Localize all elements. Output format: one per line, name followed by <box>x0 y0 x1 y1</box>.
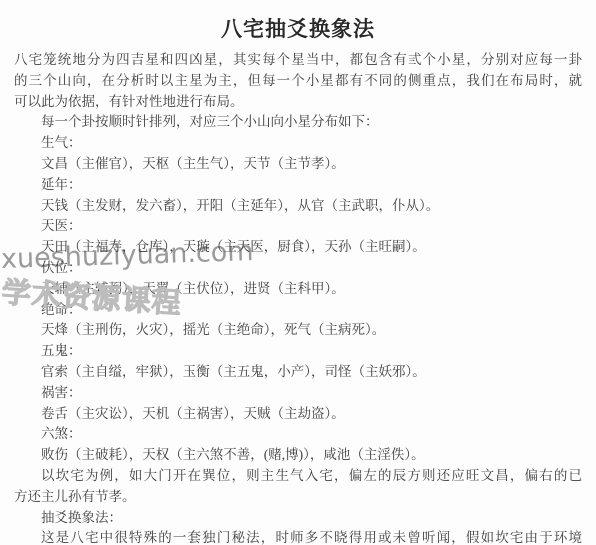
text-line: 官索（主自缢，牢狱），玉衡（主五鬼，小产），司怪（主妖邪）。 <box>14 362 582 383</box>
text-line: 这是八宅中很特殊的一套独门秘法，时师多不晓得用或未曾听闻，假如坎宅由于环境 <box>14 528 582 545</box>
text-line: 方还主儿孙有节孝。 <box>14 487 582 508</box>
text-line: 以坎宅为例，如大门开在巽位，则主生气入宅，偏左的辰方则还应旺文昌，偏右的已 <box>14 466 582 487</box>
page-title: 八宅抽爻换象法 <box>0 13 596 43</box>
text-line: 天医： <box>14 216 582 237</box>
text-line: 祸害： <box>14 383 582 404</box>
document-page: 八宅抽爻换象法 xueshuziyuan.com 八宅笼统地分为四吉星和四凶星，… <box>0 0 596 545</box>
text-line: 每一个卦按顺时针排列，对应三个小山向小星分布如下： <box>14 112 582 133</box>
text-line: 六煞： <box>14 424 582 445</box>
text-line: 八宅笼统地分为四吉星和四凶星，其实每个星当中，都包含有弎个小星，分别对应每一卦 <box>14 50 582 71</box>
text-line: 卷舌（主灾讼），天机（主祸害），天贼（主劫盗）。 <box>14 404 582 425</box>
text-line: 天钱（主发财，发六畜），开阳（主延年），从官（主武职，仆从）。 <box>14 196 582 217</box>
text-line: 生气： <box>14 133 582 154</box>
text-line: 五鬼： <box>14 341 582 362</box>
text-line: 延年： <box>14 175 582 196</box>
text-line: 败伤（主破耗），天权（主六煞不善，(赌,博)），咸池（主淫佚）。 <box>14 445 582 466</box>
text-line: 抽爻换象法： <box>14 508 582 529</box>
text-line: 天烽（主刑伤，火灾），摇光（主绝命），死气（主病死）。 <box>14 320 582 341</box>
text-line: 文昌（主催官），天枢（主生气），天节（主节孝）。 <box>14 154 582 175</box>
text-line: 的三个山向，在分析时以主星为主，但每一个小星都有不同的侧重点，我们在布局时，就 <box>14 71 582 92</box>
text-line: 可以此为依据，有针对性地进行布局。 <box>14 92 582 113</box>
text-line: 天田（主福寿，仓库），天璇（主天医，厨食），天孙（主旺嗣）。 <box>14 237 582 258</box>
